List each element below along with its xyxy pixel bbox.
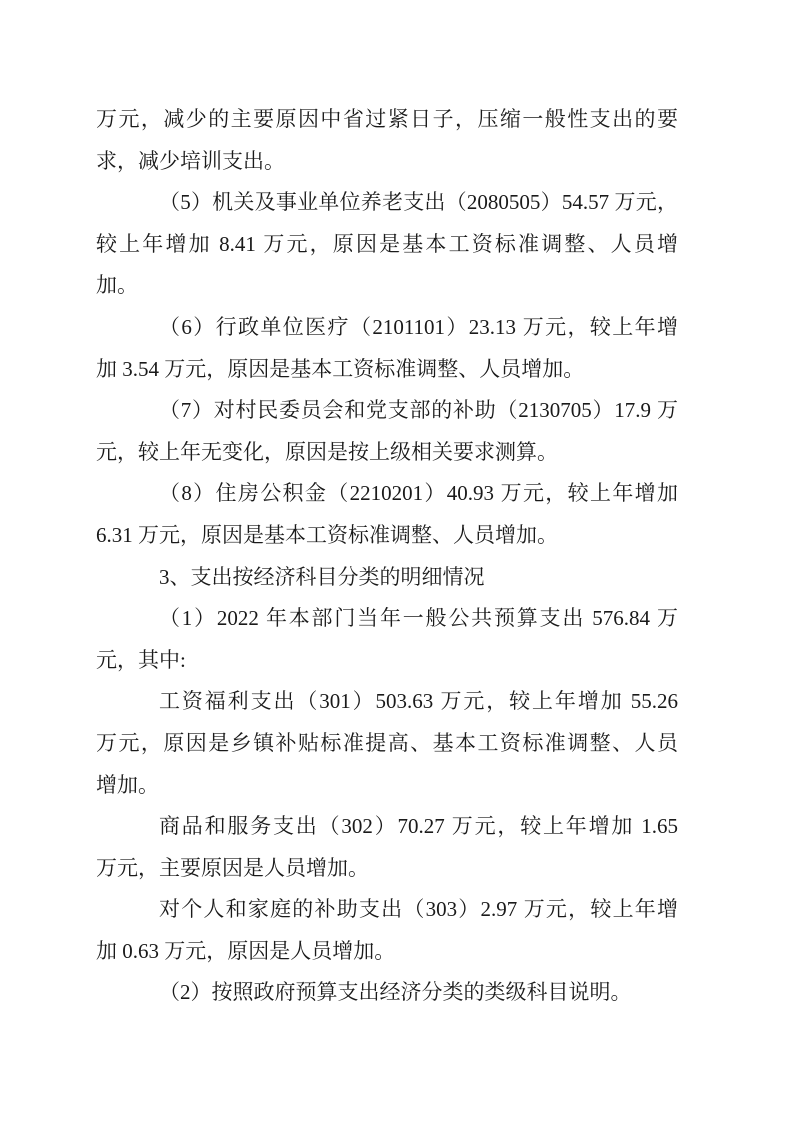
text-line: 商品和服务支出（302）70.27 万元，较上年增加 1.65 [96,806,678,848]
text-line: （5）机关及事业单位养老支出（2080505）54.57 万元， [96,182,678,224]
text-line: 万元，原因是乡镇补贴标准提高、基本工资标准调整、人员 [96,723,678,765]
document-body: 万元，减少的主要原因中省过紧日子，压缩一般性支出的要求，减少培训支出。（5）机关… [96,99,678,1014]
text-line: 求，减少培训支出。 [96,141,678,183]
text-line: 加。 [96,265,678,307]
text-line: （2）按照政府预算支出经济分类的类级科目说明。 [96,972,678,1014]
text-line: 3、支出按经济科目分类的明细情况 [96,557,678,599]
text-line: 万元，主要原因是人员增加。 [96,848,678,890]
text-line: 6.31 万元，原因是基本工资标准调整、人员增加。 [96,515,678,557]
text-line: 元，其中: [96,640,678,682]
text-line: （1）2022 年本部门当年一般公共预算支出 576.84 万 [96,598,678,640]
text-line: 加 0.63 万元，原因是人员增加。 [96,931,678,973]
text-line: （7）对村民委员会和党支部的补助（2130705）17.9 万 [96,390,678,432]
text-line: 万元，减少的主要原因中省过紧日子，压缩一般性支出的要 [96,99,678,141]
text-line: 较上年增加 8.41 万元，原因是基本工资标准调整、人员增 [96,224,678,266]
text-line: （6）行政单位医疗（2101101）23.13 万元，较上年增 [96,307,678,349]
text-line: 加 3.54 万元，原因是基本工资标准调整、人员增加。 [96,349,678,391]
text-line: （8）住房公积金（2210201）40.93 万元，较上年增加 [96,473,678,515]
text-line: 元，较上年无变化，原因是按上级相关要求测算。 [96,432,678,474]
text-line: 工资福利支出（301）503.63 万元，较上年增加 55.26 [96,681,678,723]
text-line: 增加。 [96,765,678,807]
document-page: 万元，减少的主要原因中省过紧日子，压缩一般性支出的要求，减少培训支出。（5）机关… [0,0,793,1122]
text-line: 对个人和家庭的补助支出（303）2.97 万元，较上年增 [96,889,678,931]
